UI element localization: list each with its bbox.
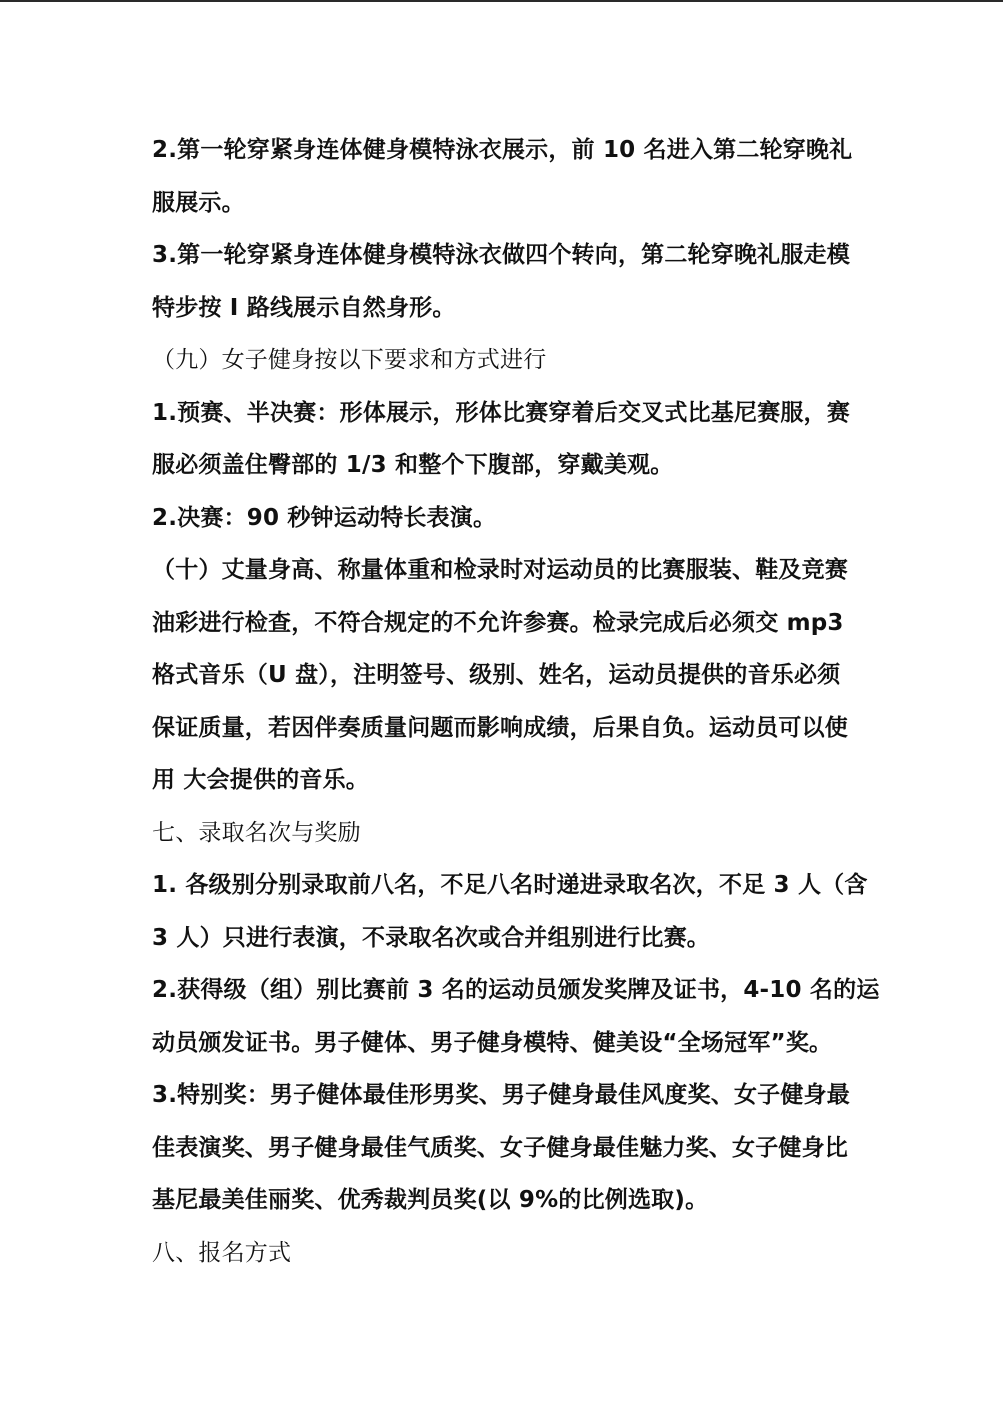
section-heading-ranking-awards: 七、录取名次与奖励	[152, 807, 872, 860]
paragraph-line: 动员颁发证书。男子健体、男子健身模特、健美设“全场冠军”奖。	[152, 1017, 872, 1070]
paragraph-line-round-2-display: 2.第一轮穿紧身连体健身模特泳衣展示，前 10 名进入第二轮穿晚礼	[152, 124, 872, 177]
paragraph-line-prelims: 1.预赛、半决赛：形体展示，形体比赛穿着后交叉式比基尼赛服，赛	[152, 387, 872, 440]
paragraph-line-ranking: 1. 各级别分别录取前八名，不足八名时递进录取名次，不足 3 人（含	[152, 859, 872, 912]
paragraph-line: 佳表演奖、男子健身最佳气质奖、女子健身最佳魅力奖、女子健身比	[152, 1122, 872, 1175]
paragraph-line-finals: 2.决赛：90 秒钟运动特长表演。	[152, 492, 872, 545]
section-heading-registration: 八、报名方式	[152, 1227, 872, 1280]
paragraph-line: 3 人）只进行表演，不录取名次或合并组别进行比赛。	[152, 912, 872, 965]
paragraph-line-round-3-turns: 3.第一轮穿紧身连体健身模特泳衣做四个转向，第二轮穿晚礼服走模	[152, 229, 872, 282]
paragraph-line: 服必须盖住臀部的 1/3 和整个下腹部，穿戴美观。	[152, 439, 872, 492]
paragraph-line-special-awards: 3.特别奖：男子健体最佳形男奖、男子健身最佳风度奖、女子健身最	[152, 1069, 872, 1122]
paragraph-line: 特步按 I 路线展示自然身形。	[152, 282, 872, 335]
paragraph-line: 用 大会提供的音乐。	[152, 754, 872, 807]
paragraph-line: 油彩进行检查，不符合规定的不允许参赛。检录完成后必须交 mp3	[152, 597, 872, 650]
paragraph-line: 保证质量，若因伴奏质量问题而影响成绩，后果自负。运动员可以使	[152, 702, 872, 755]
paragraph-line: 服展示。	[152, 177, 872, 230]
paragraph-line: 基尼最美佳丽奖、优秀裁判员奖(以 9%的比例选取)。	[152, 1174, 872, 1227]
section-heading-women-fitness: （九）女子健身按以下要求和方式进行	[152, 334, 872, 387]
document-page: 2.第一轮穿紧身连体健身模特泳衣展示，前 10 名进入第二轮穿晚礼 服展示。 3…	[152, 124, 872, 1279]
paragraph-line-medals: 2.获得级（组）别比赛前 3 名的运动员颁发奖牌及证书，4-10 名的运	[152, 964, 872, 1017]
page-top-border	[0, 0, 1003, 2]
section-heading-inspection: （十）丈量身高、称量体重和检录时对运动员的比赛服装、鞋及竞赛	[152, 544, 872, 597]
paragraph-line: 格式音乐（U 盘），注明签号、级别、姓名，运动员提供的音乐必须	[152, 649, 872, 702]
